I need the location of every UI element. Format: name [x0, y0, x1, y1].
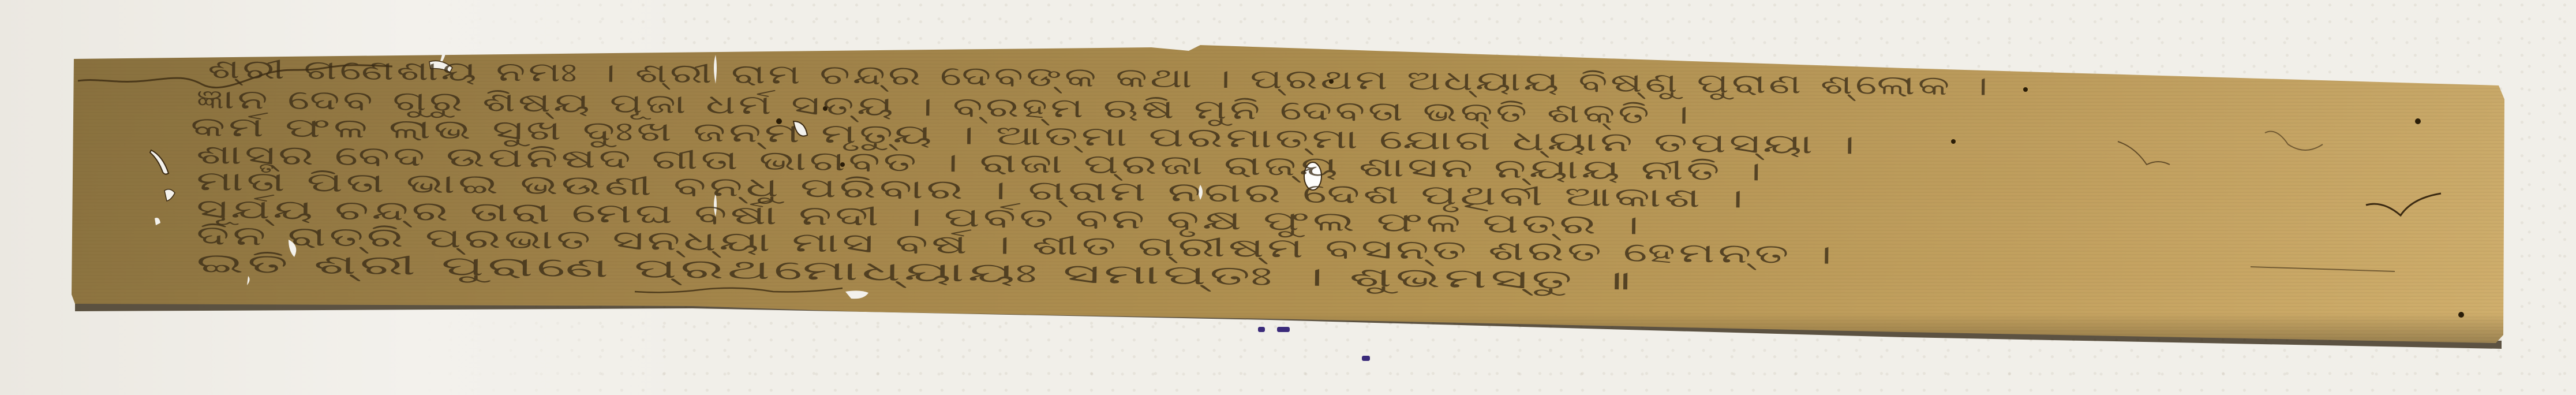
- ink-mark: [1362, 356, 1370, 361]
- ink-mark: [1258, 327, 1265, 332]
- ink-mark: [1277, 327, 1290, 332]
- palm-leaf: [0, 0, 2576, 395]
